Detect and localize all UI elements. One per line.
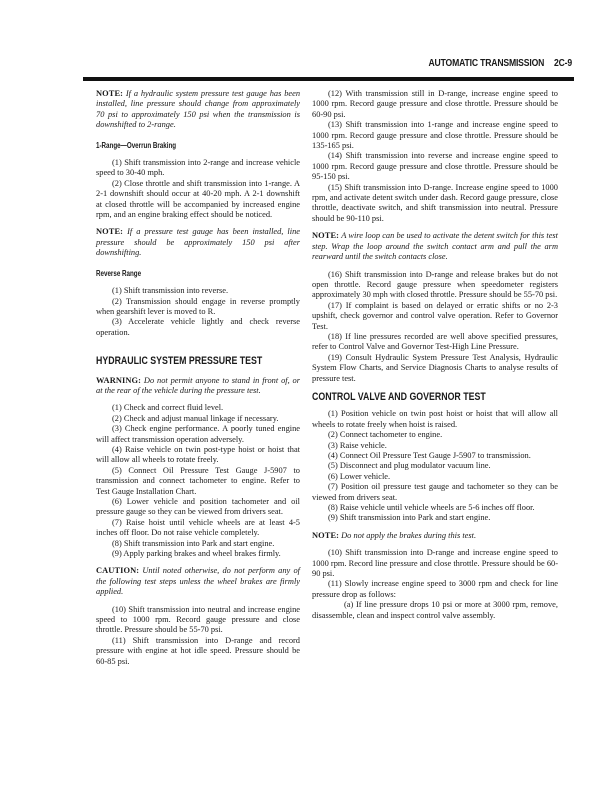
step: (13) Shift transmission into 1-range and…	[312, 120, 558, 151]
page-number: 2C-9	[554, 57, 572, 69]
step: (1) Position vehicle on twin post hoist …	[312, 409, 558, 430]
step: (4) Raise vehicle on twin post-type hois…	[96, 445, 300, 466]
step: (10) Shift transmission into D-range and…	[312, 548, 558, 579]
step: (6) Lower vehicle and position tachomete…	[96, 497, 300, 518]
step: (9) Shift transmission into Park and sta…	[312, 513, 558, 523]
section-heading-hydraulic-test: HYDRAULIC SYSTEM PRESSURE TEST	[96, 356, 259, 366]
step: (5) Connect Oil Pressure Test Gauge J-59…	[96, 466, 300, 497]
step: (7) Raise hoist until vehicle wheels are…	[96, 518, 300, 539]
subheading-reverse-range: Reverse Range	[96, 269, 255, 279]
right-column: (12) With transmission still in D-range,…	[312, 89, 558, 621]
step: (1) Check and correct fluid level.	[96, 403, 300, 413]
subheading-overrun-braking: 1-Range—Overrun Braking	[96, 141, 255, 151]
warning: WARNING: Do not permit anyone to stand i…	[96, 376, 300, 397]
step: (2) Check and adjust manual linkage if n…	[96, 414, 300, 424]
header-title: AUTOMATIC TRANSMISSION	[428, 57, 544, 69]
step: (14) Shift transmission into reverse and…	[312, 151, 558, 182]
step: (2) Transmission should engage in revers…	[96, 297, 300, 318]
step: (5) Disconnect and plug modulator vacuum…	[312, 461, 558, 471]
step: (8) Shift transmission into Park and sta…	[96, 539, 300, 549]
step: (3) Accelerate vehicle lightly and check…	[96, 317, 300, 338]
header-rule	[83, 77, 574, 81]
step: (18) If line pressures recorded are well…	[312, 332, 558, 353]
section-heading-control-valve-test: CONTROL VALVE AND GOVERNOR TEST	[312, 392, 509, 402]
step: (6) Lower vehicle.	[312, 472, 558, 482]
step: (1) Shift transmission into reverse.	[96, 286, 300, 296]
step: (8) Raise vehicle until vehicle wheels a…	[312, 503, 558, 513]
note-line-pressure: NOTE: If a pressure test gauge has been …	[96, 227, 300, 258]
left-column: NOTE: If a hydraulic system pressure tes…	[96, 89, 300, 667]
step: (4) Connect Oil Pressure Test Gauge J-59…	[312, 451, 558, 461]
step: (17) If complaint is based on delayed or…	[312, 301, 558, 332]
running-header: AUTOMATIC TRANSMISSION2C-9	[428, 57, 572, 69]
substep: (a) If line pressure drops 10 psi or mor…	[312, 600, 558, 621]
step: (19) Consult Hydraulic System Pressure T…	[312, 353, 558, 384]
step: (15) Shift transmission into D-range. In…	[312, 183, 558, 225]
step: (3) Check engine performance. A poorly t…	[96, 424, 300, 445]
caution: CAUTION: Until noted otherwise, do not p…	[96, 566, 300, 597]
step: (3) Raise vehicle.	[312, 441, 558, 451]
step: (11) Slowly increase engine speed to 300…	[312, 579, 558, 600]
step: (2) Connect tachometer to engine.	[312, 430, 558, 440]
step: (2) Close throttle and shift transmissio…	[96, 179, 300, 221]
step: (1) Shift transmission into 2-range and …	[96, 158, 300, 179]
step: (12) With transmission still in D-range,…	[312, 89, 558, 120]
step: (10) Shift transmission into neutral and…	[96, 605, 300, 636]
note-no-brakes: NOTE: Do not apply the brakes during thi…	[312, 531, 558, 541]
note-wire-loop: NOTE: A wire loop can be used to activat…	[312, 231, 558, 262]
note-overrun: NOTE: If a hydraulic system pressure tes…	[96, 89, 300, 131]
step: (11) Shift transmission into D-range and…	[96, 636, 300, 667]
step: (7) Position oil pressure test gauge and…	[312, 482, 558, 503]
step: (9) Apply parking brakes and wheel brake…	[96, 549, 300, 559]
step: (16) Shift transmission into D-range and…	[312, 270, 558, 301]
